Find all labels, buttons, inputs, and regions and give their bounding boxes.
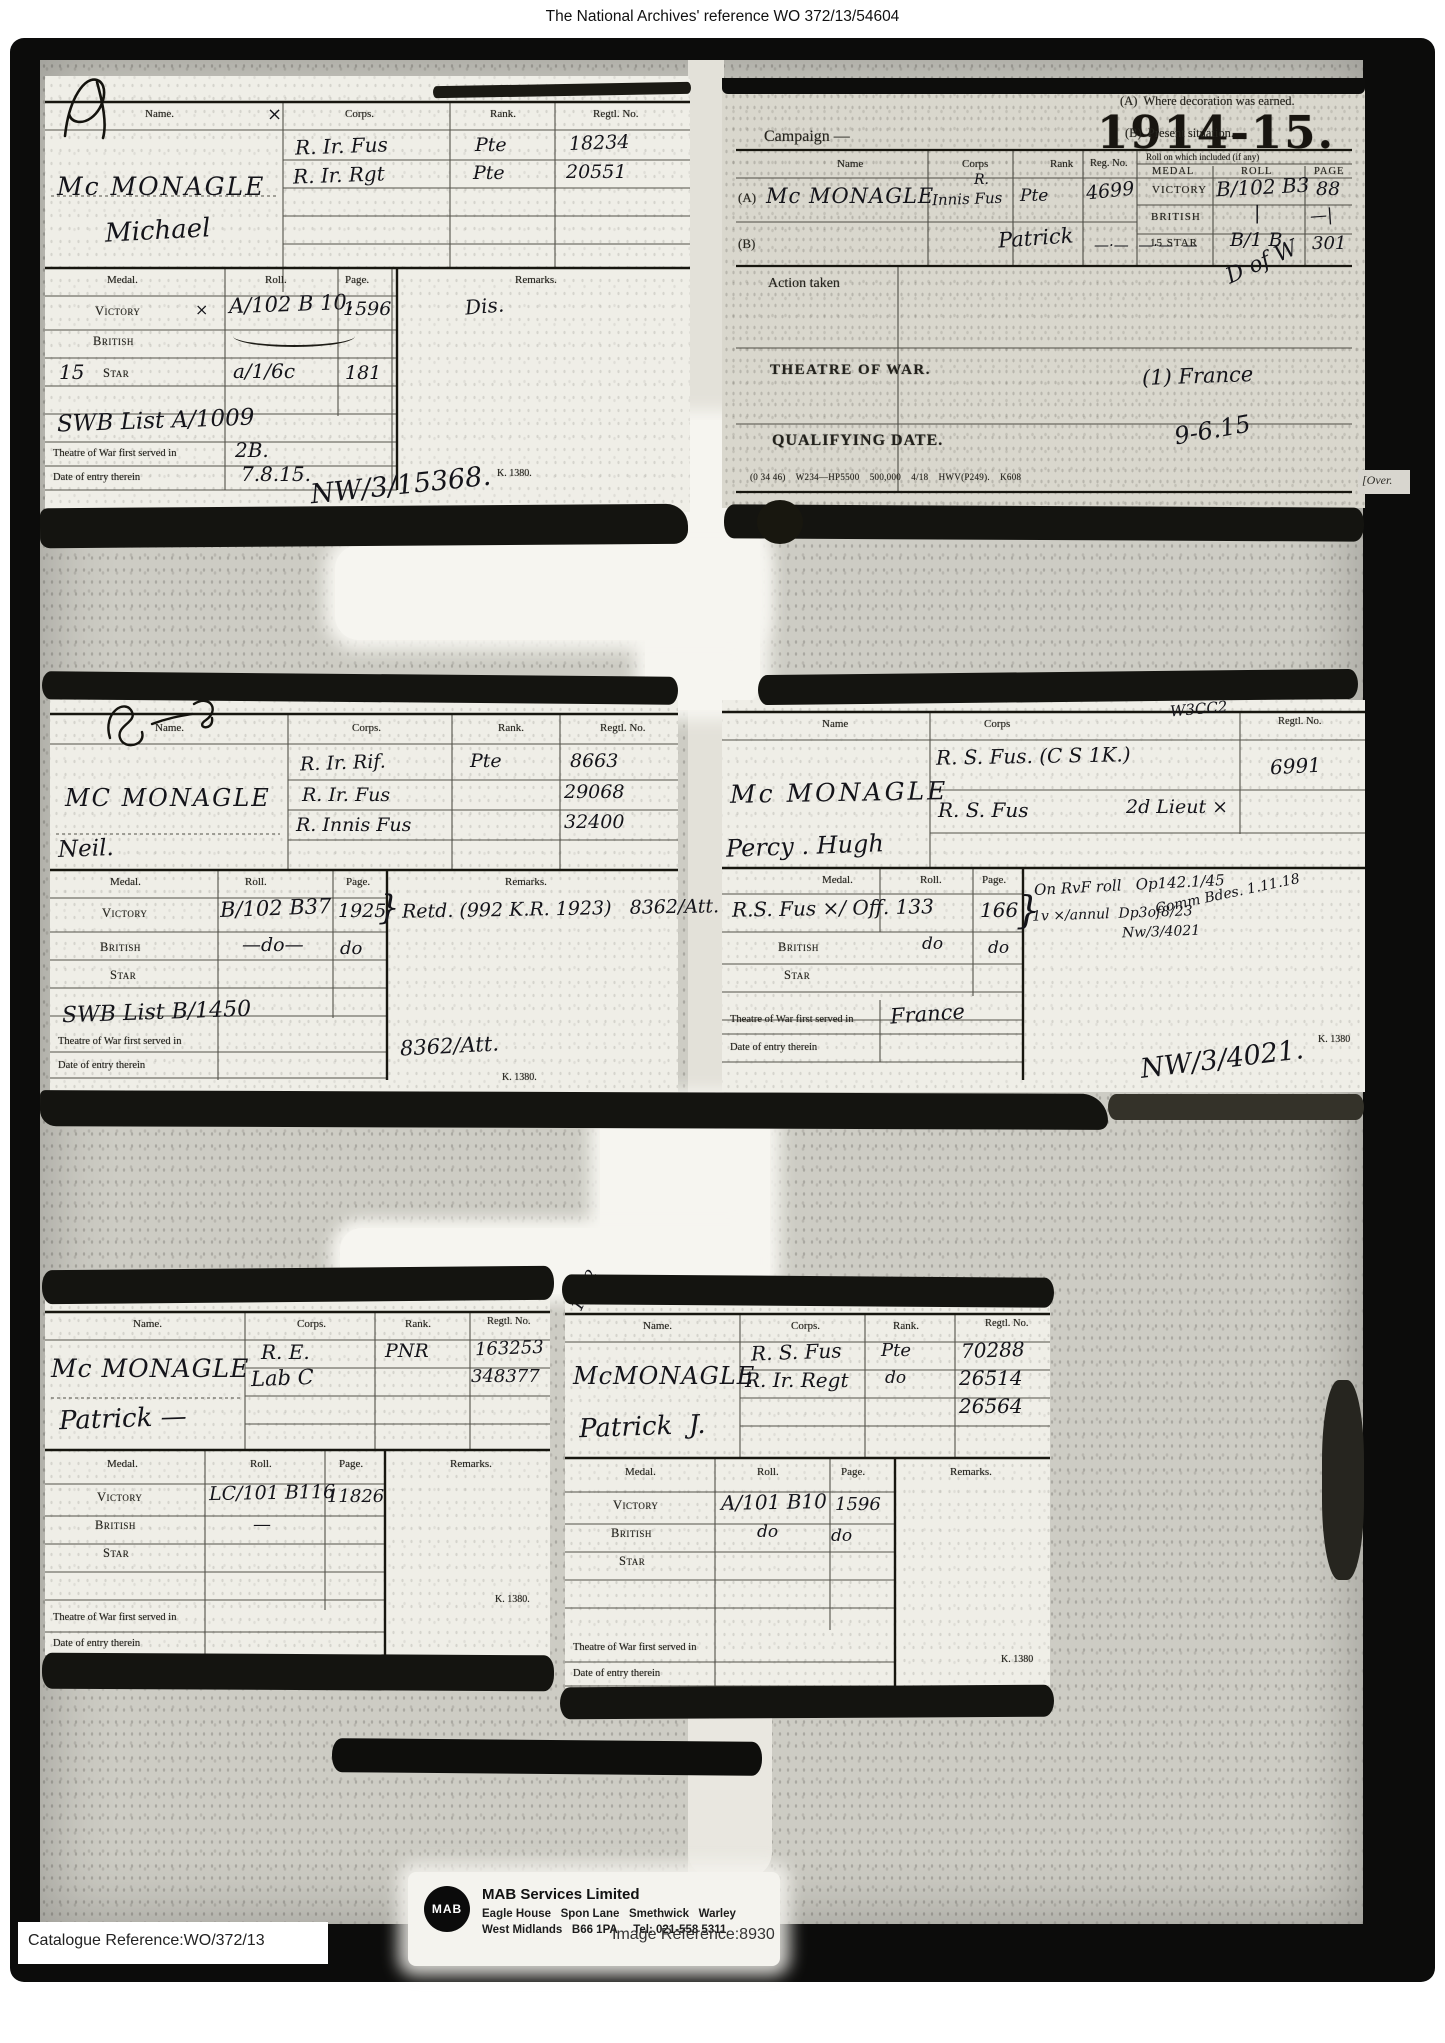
col-label-page: Page. (339, 1458, 363, 1470)
corps-entry: R. Ir. Rgt (293, 161, 385, 188)
row-a-label: (A) (738, 190, 756, 206)
label-theatre: Theatre of War first served in (53, 448, 176, 459)
scanned-medal-card-page: The National Archives' reference WO 372/… (0, 0, 1445, 2043)
pen-cross-mark: × (267, 104, 282, 125)
theatre-entry: 2B. (235, 438, 269, 462)
col-label-corps: Corps (984, 718, 1010, 730)
col-label-medal: MEDAL (1152, 166, 1194, 177)
regtl-no-entry: 26514 (959, 1366, 1023, 1390)
col-label-reg-no: Reg. No. (1090, 158, 1128, 169)
col-label-name: Name. (145, 108, 174, 120)
regtl-no-entry: 163253 (475, 1337, 544, 1360)
corps-entry: R. Ir. Rif. (300, 751, 386, 776)
col-label-medal: Medal. (822, 874, 853, 886)
regtl-no-entry: 20551 (566, 161, 626, 183)
british-roll-ditto: do (922, 934, 943, 954)
col-label-remarks: Remarks. (450, 1458, 492, 1470)
col-label-roll: Roll. (757, 1466, 779, 1478)
col-label-corps: Corps. (352, 722, 381, 734)
medal-card-patrick-j: 1052 Name. Corps. Rank. Regtl. No. R. S.… (565, 1300, 1050, 1688)
roll-included-header: Roll on which included (if any) (1146, 152, 1259, 162)
mab-logo: MAB (424, 1886, 470, 1932)
form-code: K. 1380. (497, 468, 532, 479)
col-label-page: Page. (982, 874, 1006, 886)
victory-roll-entry: B/102 B3 (1215, 173, 1310, 202)
torn-dark-band (560, 1685, 1054, 1720)
col-label-rank: Rank. (405, 1318, 431, 1330)
rank-entry: Pte (473, 162, 505, 184)
corps-entry: R. S. Fus. (C S 1K.) (936, 742, 1131, 769)
col-label-corps: Corps. (345, 108, 374, 120)
col-label-name: Name (837, 158, 863, 170)
rank-entry: Pte (470, 750, 502, 772)
col-label-corps: Corps. (791, 1320, 820, 1332)
forename-entry: Michael (104, 213, 211, 248)
torn-dark-band (724, 504, 1364, 541)
note-present-situation: (B) Present situation. (1125, 126, 1234, 141)
col-label-regtl-no: Regtl. No. (593, 108, 639, 120)
regtl-no-entry: 70288 (961, 1337, 1025, 1363)
torn-dark-blob (757, 500, 803, 544)
medal-row-victory: VICTORY (1152, 184, 1207, 196)
col-label-corps: Corps (962, 158, 988, 170)
surname-entry: Mc MONAGLE (57, 172, 265, 201)
campaign-label: Campaign — (764, 128, 850, 146)
note-where-earned: (A) Where decoration was earned. (1120, 94, 1295, 109)
rank-entry: 2d Lieut × (1126, 796, 1228, 818)
row-a-corps: Innis Fus (932, 189, 1003, 209)
medal-card-patrick-re: Name. Corps. Rank. Regtl. No. R. E. Lab … (45, 1298, 550, 1660)
label-theatre: Theatre of War first served in (53, 1612, 176, 1623)
col-label-remarks: Remarks. (950, 1466, 992, 1478)
col-label-rank: Rank. (893, 1320, 919, 1332)
medal-row-star: Star (110, 968, 136, 983)
label-theatre: Theatre of War first served in (730, 1014, 853, 1025)
forename-entry: Patrick — (59, 1402, 188, 1436)
victory-roll-entry: A/102 B 10, (229, 290, 354, 318)
col-label-roll: Roll. (920, 874, 942, 886)
campaign-card-1914-15: Campaign — 1914-15. (A) Where decoration… (722, 78, 1365, 508)
torn-dark-band (42, 1266, 554, 1304)
torn-dark-band (758, 669, 1358, 705)
surname-entry: Mc MONAGLE (51, 1354, 249, 1383)
forename-entry: Neil. (58, 835, 115, 863)
date-entry-value: 7.8.15. (241, 462, 311, 486)
victory-page-entry: 166 (980, 898, 1018, 922)
corps-entry: Lab C (251, 1365, 314, 1391)
col-label-page: Page. (345, 274, 369, 286)
brace-mark: } (378, 888, 400, 928)
col-label-corps: Corps. (297, 1318, 326, 1330)
col-label-name: Name. (643, 1320, 672, 1332)
victory-roll-entry: A/101 B10 (721, 1489, 827, 1515)
regtl-no-entry: 348377 (471, 1366, 540, 1387)
victory-roll-entry: B/102 B37 (220, 894, 332, 922)
row-a-rank: Pte (1020, 186, 1048, 206)
col-label-name: Name (822, 718, 848, 730)
british-roll-ditto: —do— (242, 934, 304, 956)
corps-entry: R. Ir. Fus (302, 784, 390, 806)
form-print-line: (0 34 46) W234—HP5500 500,000 4/18 HWV(P… (750, 472, 1021, 482)
over-note: [Over. (1362, 473, 1392, 488)
rank-entry: Pte (881, 1340, 911, 1361)
torn-dark-band (40, 1090, 1108, 1130)
pen-scribble (51, 70, 151, 146)
col-label-remarks: Remarks. (515, 274, 557, 286)
col-label-page: Page. (346, 876, 370, 888)
remark-entry: Dis. (464, 292, 505, 319)
medal-row-victory: Victory (102, 906, 147, 921)
torn-dark-blob (1322, 1380, 1364, 1580)
medal-row-british: British (93, 334, 134, 349)
col-label-name: Name. (155, 722, 184, 734)
form-code: K. 1380 (1318, 1034, 1350, 1045)
forename-entry: Patrick J. (579, 1410, 707, 1444)
corps-entry: R. S. Fus (751, 1338, 842, 1365)
col-label-regtl-no: Regtl. No. (985, 1318, 1028, 1329)
surname-entry: MC MONAGLE (65, 784, 271, 812)
col-label-rank: Rank. (490, 108, 516, 120)
torn-dark-band (562, 1274, 1054, 1307)
medal-row-star: Star (784, 968, 810, 983)
victory-page-entry: 1596 (343, 298, 391, 320)
label-date-entry: Date of entry therein (53, 1638, 140, 1649)
rank-entry: do (885, 1368, 906, 1388)
corps-entry: R. Ir. Fus (295, 132, 389, 159)
corps-entry: R. Innis Fus (296, 814, 411, 836)
medal-row-british: British (778, 940, 819, 955)
col-label-medal: Medal. (625, 1466, 656, 1478)
label-date-entry: Date of entry therein (730, 1042, 817, 1053)
label-theatre: Theatre of War first served in (573, 1642, 696, 1653)
col-label-rank: Rank (1050, 158, 1073, 170)
col-label-medal: Medal. (107, 1458, 138, 1470)
pen-cross-mark: × (195, 300, 208, 319)
torn-dark-band (42, 1653, 554, 1692)
british-page-ditto: do (831, 1526, 852, 1546)
col-label-roll: Roll. (245, 876, 267, 888)
medal-card-michael: Name. Corps. Rank. Regtl. No. × R. Ir. F… (45, 76, 690, 512)
col-label-regtl-no: Regtl. No. (1278, 716, 1321, 727)
victory-roll-entry: R.S. Fus ×/ Off. 133 (732, 894, 934, 922)
col-label-name: Name. (133, 1318, 162, 1330)
british-roll-ditto: — (253, 1514, 271, 1535)
col-label-roll: Roll. (250, 1458, 272, 1470)
col-label-regtl-no: Regtl. No. (600, 722, 646, 734)
col-label-medal: Medal. (110, 876, 141, 888)
forename-entry: Percy . Hugh (726, 829, 885, 862)
regtl-no-entry: 8663 (570, 750, 618, 772)
remark-entry: Nw/3/4021 (1122, 923, 1201, 942)
rank-entry: Pte (475, 134, 507, 156)
medal-card-percy-hugh: Name Corps Regtl. No. W3CC2 R. S. Fus. (… (722, 700, 1365, 1092)
col-label-remarks: Remarks. (505, 876, 547, 888)
corps-entry: R. Ir. Regt (745, 1368, 849, 1392)
scan-white-blob (335, 545, 760, 640)
victory-page-entry: 88 (1316, 178, 1340, 200)
corps-entry: R. E. (261, 1340, 310, 1364)
row-a-name: Mc MONAGLE (766, 184, 934, 208)
catalogue-reference: Catalogue Reference:WO/372/13 (28, 1932, 265, 1950)
medal-card-neil: Name. Corps. Rank. Regtl. No. R. Ir. Rif… (50, 700, 678, 1092)
medal-row-victory: Victory (613, 1498, 658, 1513)
label-date-entry: Date of entry therein (58, 1060, 145, 1071)
regtl-no-entry: 6991 (1269, 753, 1321, 780)
form-code: K. 1380. (495, 1594, 530, 1605)
british-page-ditto: do (988, 938, 1009, 958)
star-page-entry: 301 (1312, 233, 1346, 254)
stamp-company-name: MAB Services Limited (482, 1886, 640, 1903)
label-date-entry: Date of entry therein (573, 1668, 660, 1679)
medal-row-star: Star (619, 1554, 645, 1569)
medal-row-british: BRITISH (1151, 211, 1201, 223)
col-label-page: PAGE (1314, 166, 1344, 177)
theatre-of-war-value: (1) France (1142, 362, 1254, 390)
col-label-rank: Rank. (498, 722, 524, 734)
image-reference: Image Reference:8930 (612, 1926, 775, 1944)
regtl-no-entry: 26564 (959, 1394, 1023, 1418)
british-page-ditto: —| (1309, 205, 1333, 227)
qualifying-date-label: QUALIFYING DATE. (772, 432, 943, 450)
star-page-entry: 181 (345, 362, 381, 384)
surname-entry: McMONAGLE (573, 1362, 755, 1390)
corps-entry: R. S. Fus (938, 798, 1029, 822)
british-roll-ditto: do (757, 1522, 778, 1542)
archive-reference-header: The National Archives' reference WO 372/… (0, 8, 1445, 26)
label-theatre: Theatre of War first served in (58, 1036, 181, 1047)
regtl-no-entry: 29068 (564, 781, 624, 803)
medal-row-star: Star (103, 366, 129, 381)
star-prefix: 15 (59, 360, 84, 384)
row-a-corps-top: R. (974, 172, 989, 188)
stamp-address-line: Eagle House Spon Lane Smethwick Warley (482, 1908, 736, 1920)
col-label-regtl-no: Regtl. No. (487, 1316, 530, 1327)
label-date-entry: Date of entry therein (53, 472, 140, 483)
rank-entry: PNR (385, 1340, 429, 1362)
medal-row-victory: Victory (95, 304, 140, 319)
torn-dark-band (42, 671, 678, 705)
medal-row-victory: Victory (97, 1490, 142, 1505)
victory-page-entry: 11826 (327, 1486, 384, 1507)
theatre-of-war-label: THEATRE OF WAR. (770, 362, 931, 379)
medal-row-star: Star (103, 1546, 129, 1561)
col-label-roll: Roll. (265, 274, 287, 286)
surname-entry: Mc MONAGLE (730, 776, 949, 809)
form-code: K. 1380 (1001, 1654, 1033, 1665)
medal-row-british: British (611, 1526, 652, 1541)
medal-row-british: British (95, 1518, 136, 1533)
regtl-no-entry: 32400 (564, 811, 624, 833)
row-b-ditto-marks: —·— —·— — (1094, 236, 1198, 254)
row-b-label: (B) (738, 236, 755, 252)
col-label-medal: Medal. (107, 274, 138, 286)
medal-row-british: British (100, 940, 141, 955)
star-roll-entry: a/1/6c (233, 359, 295, 383)
victory-page-entry: 1596 (835, 1494, 881, 1515)
regtl-no-entry: 18234 (569, 131, 630, 155)
victory-roll-entry: LC/101 B116 (209, 1481, 335, 1505)
british-roll-ditto: | (1254, 202, 1260, 224)
torn-dark-band (1108, 1094, 1364, 1120)
british-page-ditto: do (340, 938, 362, 959)
form-code: K. 1380. (502, 1072, 537, 1083)
torn-dark-band (332, 1738, 762, 1776)
col-label-page: Page. (841, 1466, 865, 1478)
action-taken-label: Action taken (768, 276, 840, 292)
torn-dark-band (40, 504, 688, 549)
